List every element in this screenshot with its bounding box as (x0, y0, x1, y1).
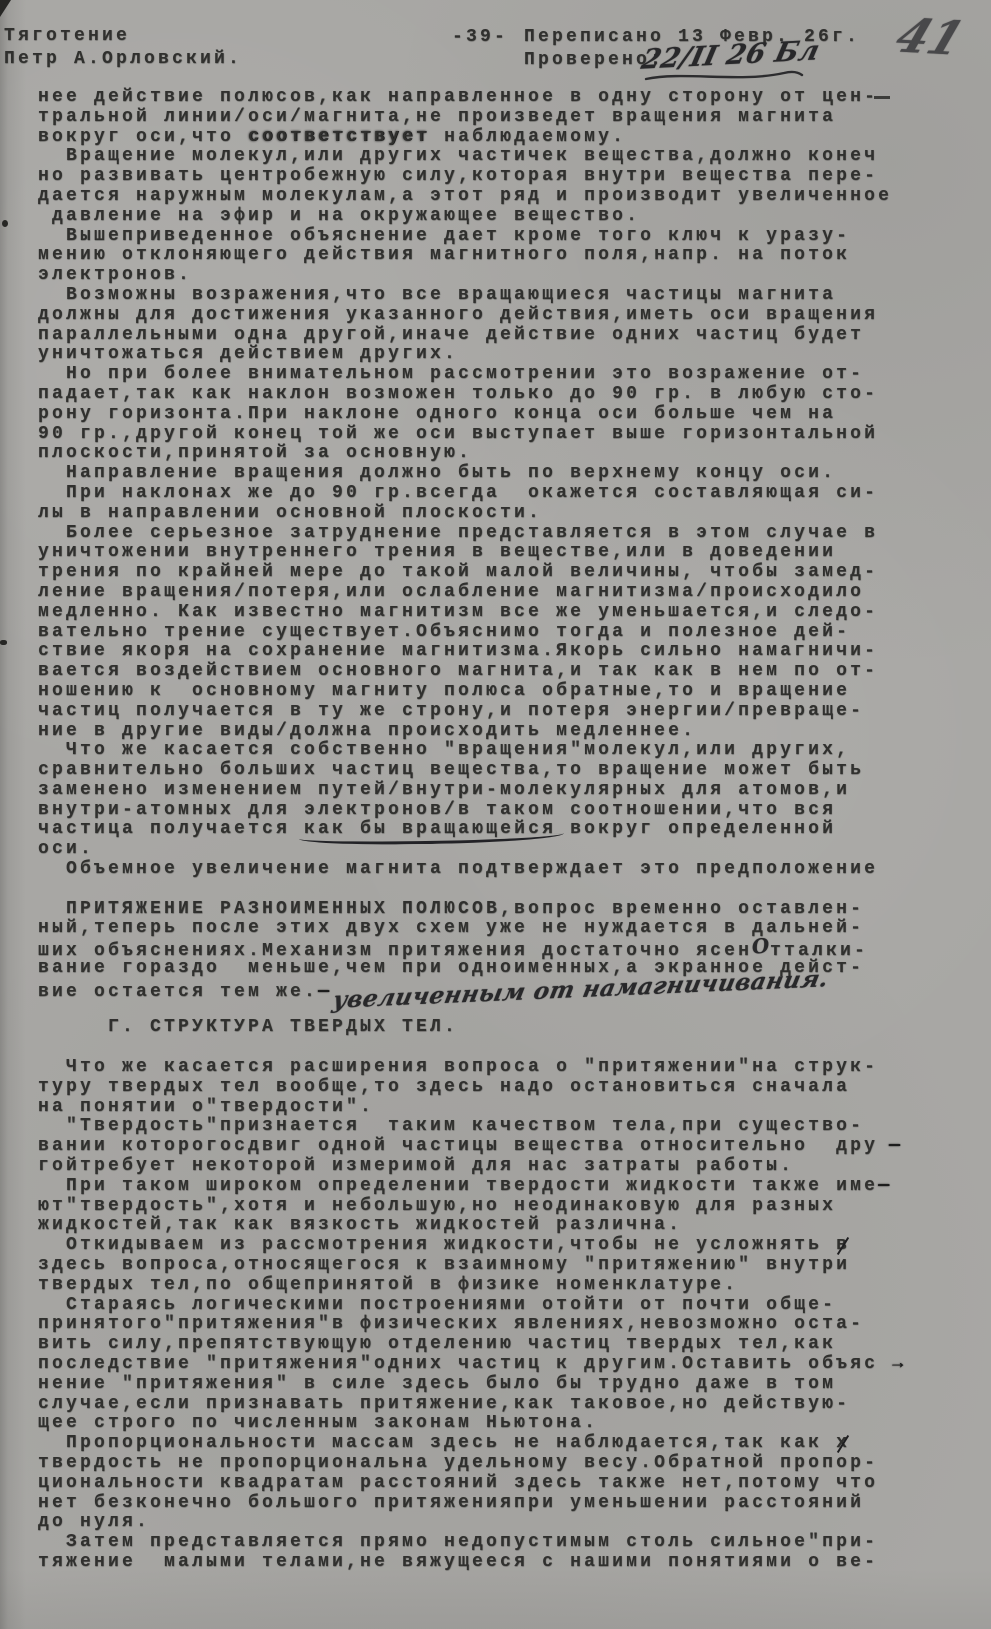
text-line: Объемное увеличение магнита подтверждает… (38, 860, 968, 880)
document-body: нее действие полюсов,как направленное в … (38, 88, 968, 1573)
blank-line (38, 1038, 968, 1058)
text-run: тральной линии/оси/магнита,не произведет… (38, 107, 836, 127)
text-run: вании которогосдвиг одной частицы вещест… (38, 1136, 878, 1156)
text-line: сравнительно больших частиц вещества,то … (38, 761, 968, 781)
text-run: мению отклоняющего действия магнитного п… (38, 245, 850, 265)
ink-mark: — (318, 982, 329, 1002)
text-run: вить силу,препятствующую отделению части… (38, 1334, 836, 1354)
text-line: "Твердость"признается таким качеством те… (38, 1117, 968, 1137)
blank-line (38, 880, 968, 900)
text-run: давление на эфир и на окружающее веществ… (38, 206, 640, 226)
text-run: вательно трение существует.Объяснимо тог… (38, 622, 850, 642)
text-run: последствие "притяжения"одних частиц к д… (38, 1354, 892, 1374)
text-line: туру твердых тел вообще,то здесь надо ос… (38, 1078, 968, 1098)
text-line: Вращение молекул,или других частичек вещ… (38, 147, 968, 167)
text-line: Г. СТРУКТУРА ТВЕРДЫХ ТЕЛ. (38, 1018, 968, 1038)
text-run: Объемное увеличение магнита подтверждает… (38, 859, 878, 879)
text-run: Что же касается расширения вопроса о "пр… (38, 1057, 878, 1077)
text-run: 90 гр.,другой конец той же оси выступает… (38, 424, 878, 444)
text-run: но развивать центробежную силу,которая в… (38, 166, 878, 186)
text-run: электронов. (38, 265, 192, 285)
text-run: При таком широком определении твердости … (38, 1176, 878, 1196)
ink-mark: — (878, 1136, 900, 1156)
text-line: падает,так как наклон возможен только до… (38, 385, 968, 405)
author-name: Петр А.Орловский. (4, 49, 242, 69)
text-line: параллельными одна другой,иначе действие… (38, 326, 968, 346)
text-run: При наклонах же до 90 гр.всегда окажется… (38, 483, 878, 503)
text-run: частиц получается в ту же строну,и потер… (38, 701, 864, 721)
text-line: нее действие полюсов,как направленное в … (38, 88, 968, 108)
text-run: твердых тел,по общепринятой в физике ном… (38, 1275, 738, 1295)
text-line: медленно. Как известно магнитизм все же … (38, 603, 968, 623)
text-line: плоскости,принятой за основную. (38, 444, 968, 464)
text-line: уничтожаться действием других. (38, 345, 968, 365)
text-line: Но при более внимательном рассмотрении э… (38, 365, 968, 385)
text-line: циональности квадратам расстояний здесь … (38, 1474, 968, 1494)
text-line: Возможны возражения,что все вращающиеся … (38, 286, 968, 306)
text-line: должны для достижения указанного действи… (38, 306, 968, 326)
hand-underlined-text: как бы вращающейся (304, 819, 556, 839)
document-title: Тяготение (4, 26, 130, 46)
text-run: вокруг оси,что (38, 127, 248, 147)
text-run: вие остается тем же. (38, 982, 318, 1002)
text-run: здесь вопроса,относящегося к взаимному "… (38, 1255, 850, 1275)
text-run: циональности квадратам расстояний здесь … (38, 1473, 878, 1493)
text-line: заменено изменением путей/внутри-молекул… (38, 781, 968, 801)
text-line: здесь вопроса,относящегося к взаимному "… (38, 1256, 968, 1276)
text-run: дается наружным молекулам,а этот ряд и п… (38, 186, 892, 206)
text-line: вить силу,препятствующую отделению части… (38, 1335, 968, 1355)
text-line: лы в направлении основной плоскости. (38, 504, 968, 524)
text-run: лы в направлении основной плоскости. (38, 503, 542, 523)
text-line: тральной линии/оси/магнита,не произведет… (38, 108, 968, 128)
text-line: на понятии о"твердости". (38, 1098, 968, 1118)
text-run: плоскости,принятой за основную. (38, 443, 472, 463)
handwritten-note: О (751, 936, 771, 958)
text-run: жидкостей,так как вязкость жидкостей раз… (38, 1215, 682, 1235)
text-run: Направление вращения должно быть по верх… (38, 463, 836, 483)
text-line: давление на эфир и на окружающее веществ… (38, 207, 968, 227)
text-run: ношению к основному магниту полюса обрат… (38, 681, 850, 701)
text-run: Более серьезное затруднение представляет… (38, 523, 878, 543)
text-run: до нуля. (38, 1512, 150, 1532)
text-run: Стараясь логическими построениями отойти… (38, 1295, 836, 1315)
text-run: Вышеприведенное объяснение дает кроме то… (38, 226, 850, 246)
text-run: уничтожении внутреннего трения в веществ… (38, 542, 836, 562)
text-line: щее строго по численным законам Ньютона. (38, 1414, 968, 1434)
text-line: гойтребует некоторой измеримой для нас з… (38, 1157, 968, 1177)
text-line: Откидываем из рассмотрения жидкости,чтоб… (38, 1236, 968, 1256)
text-line: вокруг оси,что соответствует наблюдаемом… (38, 128, 968, 148)
text-line: твердость не пропорциональна удельному в… (38, 1454, 968, 1474)
text-run: "Твердость"признается таким качеством те… (38, 1116, 864, 1136)
text-line: оси. (38, 840, 968, 860)
scan-corner-artifact (0, 0, 11, 17)
scan-edge-speck (2, 220, 8, 227)
text-run: оси. (38, 839, 94, 859)
text-run: ние в другие виды/должна происходить мед… (38, 721, 696, 741)
text-line: ление вращения/потеря,или ослабление маг… (38, 583, 968, 603)
page-number: -39- (452, 27, 508, 47)
text-line: Пропорциональности массам здесь не наблю… (38, 1434, 968, 1454)
text-line: вается воздействием основного магнита,и … (38, 662, 968, 682)
text-run: принятого"притяжения"в физических явлени… (38, 1314, 864, 1334)
text-run: ют"твердость",хотя и небольшую,но неодин… (38, 1196, 836, 1216)
text-line: Вышеприведенное объяснение дает кроме то… (38, 227, 968, 247)
text-run: ПРИТЯЖЕНИЕ РАЗНОИМЕННЫХ ПОЛЮСОВ,вопрос в… (38, 899, 864, 919)
text-run: на понятии о"твердости". (38, 1097, 374, 1117)
text-run: ный,теперь после этих двух схем уже не н… (38, 918, 864, 938)
text-run: падает,так как наклон возможен только до… (38, 384, 878, 404)
text-line: ствие якоря на сохранение магнитизма.Яко… (38, 642, 968, 662)
text-line: Что же касается расширения вопроса о "пр… (38, 1058, 968, 1078)
text-run: вается воздействием основного магнита,и … (38, 661, 878, 681)
text-run: щее строго по численным законам Ньютона. (38, 1413, 598, 1433)
text-run: рону горизонта.При наклоне одного конца … (38, 404, 836, 424)
text-line: частица получается как бы вращающейся во… (38, 820, 968, 840)
text-line: ших объяснениях.Механизм притяжения дост… (38, 939, 968, 959)
text-line: последствие "притяжения"одних частиц к д… (38, 1355, 968, 1375)
text-line: 90 гр.,другой конец той же оси выступает… (38, 425, 968, 445)
text-line: ный,теперь после этих двух схем уже не н… (38, 919, 968, 939)
text-run: внутри-атомных для электронов/в таком со… (38, 800, 836, 820)
ink-mark: — (878, 1176, 889, 1196)
text-line: случае,если признавать притяжение,как та… (38, 1395, 968, 1415)
text-run: Затем представляется прямо недопустимым … (38, 1532, 878, 1552)
text-run: медленно. Как известно магнитизм все же … (38, 602, 878, 622)
text-line: частиц получается в ту же строну,и потер… (38, 702, 968, 722)
text-run: Но при более внимательном рассмотрении э… (38, 364, 864, 384)
overtyped-text: соответствует (248, 127, 430, 147)
text-line: трения по крайней мере до такой малой ве… (38, 563, 968, 583)
text-line: электронов. (38, 266, 968, 286)
text-line: нет безконечно большого притяженияпри ум… (38, 1494, 968, 1514)
text-run: Что же касается собственно "вращения"мол… (38, 740, 850, 760)
text-run: заменено изменением путей/внутри-молекул… (38, 780, 850, 800)
text-line: рону горизонта.При наклоне одного конца … (38, 405, 968, 425)
text-run: тяжение малыми телами,не вяжущееся с наш… (38, 1552, 878, 1572)
text-run: Пропорциональности массам здесь не наблю… (38, 1433, 836, 1453)
text-run: ствие якоря на сохранение магнитизма.Яко… (38, 641, 878, 661)
text-run: твердость не пропорциональна удельному в… (38, 1453, 878, 1473)
text-line: до нуля. (38, 1513, 968, 1533)
text-line: нение "притяжения" в силе здесь было бы … (38, 1375, 968, 1395)
text-run: Вращение молекул,или других частичек вещ… (38, 146, 878, 166)
text-line: ношению к основному магниту полюса обрат… (38, 682, 968, 702)
text-line: но развивать центробежную силу,которая в… (38, 167, 968, 187)
text-run: нение "притяжения" в силе здесь было бы … (38, 1374, 836, 1394)
struck-letter: в (836, 1236, 850, 1256)
text-line: ют"твердость",хотя и небольшую,но неодин… (38, 1197, 968, 1217)
text-line: вие остается тем же.—увеличенным от нама… (38, 979, 968, 999)
text-line: внутри-атомных для электронов/в таком со… (38, 801, 968, 821)
text-line: вании которогосдвиг одной частицы вещест… (38, 1137, 968, 1157)
text-line: твердых тел,по общепринятой в физике ном… (38, 1276, 968, 1296)
text-line: Более серьезное затруднение представляет… (38, 524, 968, 544)
text-run: гойтребует некоторой измеримой для нас з… (38, 1156, 794, 1176)
text-line: ние в другие виды/должна происходить мед… (38, 722, 968, 742)
text-line: вательно трение существует.Объяснимо тог… (38, 623, 968, 643)
text-run: трения по крайней мере до такой малой ве… (38, 562, 878, 582)
ink-mark: → (892, 1354, 903, 1374)
text-line: принятого"притяжения"в физических явлени… (38, 1315, 968, 1335)
corner-page-number: 41 (888, 8, 971, 65)
text-line: Что же касается собственно "вращения"мол… (38, 741, 968, 761)
text-run: нее действие полюсов,как направленное в … (38, 87, 878, 107)
checked-signature: 22/II 26 Бл (642, 40, 822, 71)
text-line: жидкостей,так как вязкость жидкостей раз… (38, 1216, 968, 1236)
text-run: случае,если признавать притяжение,как та… (38, 1394, 850, 1414)
text-line: Направление вращения должно быть по верх… (38, 464, 968, 484)
text-run: параллельными одна другой,иначе действие… (38, 325, 864, 345)
text-line: При наклонах же до 90 гр.всегда окажется… (38, 484, 968, 504)
text-line: дается наружным молекулам,а этот ряд и п… (38, 187, 968, 207)
text-line: Затем представляется прямо недопустимым … (38, 1533, 968, 1553)
text-line: При таком широком определении твердости … (38, 1177, 968, 1197)
text-run: нет безконечно большого притяженияпри ум… (38, 1493, 864, 1513)
text-line: Стараясь логическими построениями отойти… (38, 1296, 968, 1316)
text-line: ПРИТЯЖЕНИЕ РАЗНОИМЕННЫХ ПОЛЮСОВ,вопрос в… (38, 900, 968, 920)
text-run: должны для достижения указанного действи… (38, 305, 878, 325)
text-run: Г. СТРУКТУРА ТВЕРДЫХ ТЕЛ. (38, 1017, 458, 1037)
text-line: уничтожении внутреннего трения в веществ… (38, 543, 968, 563)
text-run: наблюдаемому. (430, 127, 626, 147)
scanned-typewritten-page: Тяготение Петр А.Орловский. -39- Перепис… (0, 0, 991, 1629)
text-line: тяжение малыми телами,не вяжущееся с наш… (38, 1553, 968, 1573)
text-run: Возможны возражения,что все вращающиеся … (38, 285, 836, 305)
text-run: ление вращения/потеря,или ослабление маг… (38, 582, 864, 602)
text-run: сравнительно больших частиц вещества,то … (38, 760, 864, 780)
text-run: туру твердых тел вообще,то здесь надо ос… (38, 1077, 850, 1097)
text-line: мению отклоняющего действия магнитного п… (38, 246, 968, 266)
text-run: уничтожаться действием других. (38, 344, 458, 364)
text-run: Откидываем из рассмотрения жидкости,чтоб… (38, 1235, 836, 1255)
text-run: частица получается (38, 819, 304, 839)
scan-edge-speck (0, 640, 7, 645)
text-run: вокруг определенной (556, 819, 836, 839)
signature-underline-flourish (644, 68, 804, 84)
struck-letter: х (836, 1434, 850, 1454)
